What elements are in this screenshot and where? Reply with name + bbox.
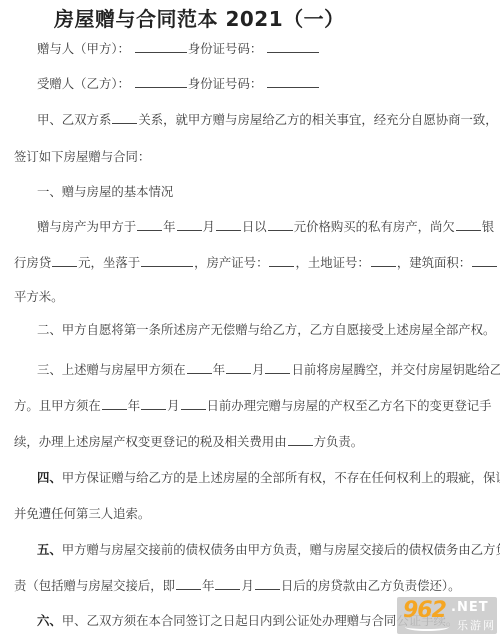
- donor-label: 赠与人（甲方）：: [37, 41, 130, 56]
- text: 日前办理完赠与房屋的产权至乙方名下的变更登记手: [207, 398, 492, 413]
- section-4-line-1: 四、甲方保证赠与给乙方的是上述房屋的全部所有权，不存在任何权利上的瑕疵，保证: [37, 470, 500, 486]
- text: 方负责。: [314, 434, 364, 449]
- text: 责（包括赠与房屋交接后，即: [14, 578, 175, 593]
- section-1-line-3: 平方米。: [14, 289, 64, 305]
- text: 年: [163, 219, 175, 234]
- donee-id-blank[interactable]: [267, 76, 319, 88]
- transfer-year-blank[interactable]: [102, 398, 127, 410]
- text: 行房贷: [14, 255, 51, 270]
- section-5-line-2: 责（包括赠与房屋交接后，即年月日后的房贷款由乙方负责偿还）。: [14, 578, 461, 594]
- loan-year-blank[interactable]: [176, 578, 201, 590]
- text: 月: [252, 362, 264, 377]
- text: 日前将房屋腾空，并交付房屋钥匙给乙: [291, 362, 500, 377]
- text: ，土地证号：: [295, 255, 369, 270]
- text: 元，坐落于: [78, 255, 140, 270]
- document-page: 房屋赠与合同范本 2021（一） 赠与人（甲方）： 身份证号码： 受赠人（乙方）…: [0, 0, 500, 636]
- document-title: 房屋赠与合同范本 2021（一）: [54, 3, 345, 32]
- text: 方。且甲方须在: [14, 398, 101, 413]
- section-3-line-1: 三、上述赠与房屋甲方须在年月日前将房屋腾空，并交付房屋钥匙给乙: [37, 362, 500, 378]
- donee-id-label: 身份证号码：: [188, 76, 262, 91]
- donee-line: 受赠人（乙方）： 身份证号码：: [37, 76, 320, 92]
- text: ，建筑面积：: [397, 255, 471, 270]
- section-3-line-2: 方。且甲方须在年月日前办理完赠与房屋的产权至乙方名下的变更登记手: [14, 398, 492, 414]
- vacate-year-blank[interactable]: [187, 362, 212, 374]
- watermark-suffix: .NET: [451, 600, 489, 615]
- transfer-month-blank[interactable]: [141, 398, 166, 410]
- donee-name-blank[interactable]: [135, 76, 187, 88]
- donee-label: 受赠人（乙方）：: [37, 76, 130, 91]
- text: 月: [241, 578, 253, 593]
- section-3-line-3: 续，办理上述房屋产权变更登记的税及相关费用由方负责。: [14, 434, 363, 450]
- text: ，房产证号：: [194, 255, 268, 270]
- donor-id-blank[interactable]: [267, 41, 319, 53]
- location-blank[interactable]: [141, 255, 193, 267]
- transfer-day-blank[interactable]: [181, 398, 206, 410]
- text: 赠与房产为甲方于: [37, 219, 136, 234]
- purchase-month-blank[interactable]: [177, 219, 202, 231]
- preamble-text: 关系，就甲方赠与房屋给乙方的相关事宜，经充分自愿协商一致，: [138, 112, 497, 127]
- section-1-line-2: 行房贷元，坐落于，房产证号：，土地证号：，建筑面积：: [14, 255, 498, 271]
- text: 续，办理上述房屋产权变更登记的税及相关费用由: [14, 434, 287, 449]
- preamble-line-2: 签订如下房屋赠与合同：: [14, 149, 150, 165]
- text: 月: [167, 398, 179, 413]
- text: 甲方保证赠与给乙方的是上述房屋的全部所有权，不存在任何权利上的瑕疵，保证: [62, 470, 500, 485]
- purchase-year-blank[interactable]: [137, 219, 162, 231]
- text: 甲方赠与房屋交接前的债权债务由甲方负责，赠与房屋交接后的债权债务由乙方负: [62, 542, 500, 557]
- purchase-day-blank[interactable]: [216, 219, 241, 231]
- relationship-blank[interactable]: [112, 112, 137, 124]
- preamble-line-1: 甲、乙双方系关系，就甲方赠与房屋给乙方的相关事宜，经充分自愿协商一致，: [37, 112, 498, 128]
- section-number: 六、: [37, 613, 62, 628]
- watermark-chinese: 乐游网: [457, 617, 496, 633]
- text: 日以: [242, 219, 267, 234]
- swoosh-icon: [405, 623, 449, 631]
- loan-day-blank[interactable]: [255, 578, 280, 590]
- fee-party-blank[interactable]: [288, 434, 313, 446]
- section-1-heading: 一、赠与房屋的基本情况: [37, 184, 173, 200]
- section-4-line-2: 并免遭任何第三人追索。: [14, 506, 150, 522]
- text: 三、上述赠与房屋甲方须在: [37, 362, 186, 377]
- vacate-day-blank[interactable]: [265, 362, 290, 374]
- text: 元价格购买的私有房产，尚欠: [294, 219, 455, 234]
- text: 年: [128, 398, 140, 413]
- section-number: 五、: [37, 542, 62, 557]
- donor-id-label: 身份证号码：: [188, 41, 262, 56]
- preamble-text: 甲、乙双方系: [37, 112, 111, 127]
- land-cert-blank[interactable]: [371, 255, 396, 267]
- section-5-line-1: 五、甲方赠与房屋交接前的债权债务由甲方负责，赠与房屋交接后的债权债务由乙方负: [37, 542, 500, 558]
- section-2: 二、甲方自愿将第一条所述房产无偿赠与给乙方，乙方自愿接受上述房屋全部产权。: [37, 322, 495, 338]
- text: 年: [213, 362, 225, 377]
- donor-line: 赠与人（甲方）： 身份证号码：: [37, 41, 320, 57]
- text: 日后的房贷款由乙方负责偿还）。: [281, 578, 461, 593]
- loan-amount-blank[interactable]: [52, 255, 77, 267]
- donor-name-blank[interactable]: [135, 41, 187, 53]
- section-1-line-1: 赠与房产为甲方于年月日以元价格购买的私有房产，尚欠银: [37, 219, 494, 235]
- text: 年: [202, 578, 214, 593]
- text: 月: [203, 219, 215, 234]
- watermark-logo: 962 .NET 乐游网: [397, 597, 497, 634]
- text: 银: [482, 219, 494, 234]
- vacate-month-blank[interactable]: [226, 362, 251, 374]
- section-number: 四、: [37, 470, 62, 485]
- property-cert-blank[interactable]: [269, 255, 294, 267]
- area-blank[interactable]: [472, 255, 497, 267]
- section-6-line-1: 六、甲、乙双方须在本合同签订之日起日内到公证处办理赠与合同公证手续。: [37, 613, 458, 629]
- loan-month-blank[interactable]: [215, 578, 240, 590]
- owed-bank-blank[interactable]: [456, 219, 481, 231]
- price-blank[interactable]: [268, 219, 293, 231]
- watermark-number: 962: [403, 598, 446, 623]
